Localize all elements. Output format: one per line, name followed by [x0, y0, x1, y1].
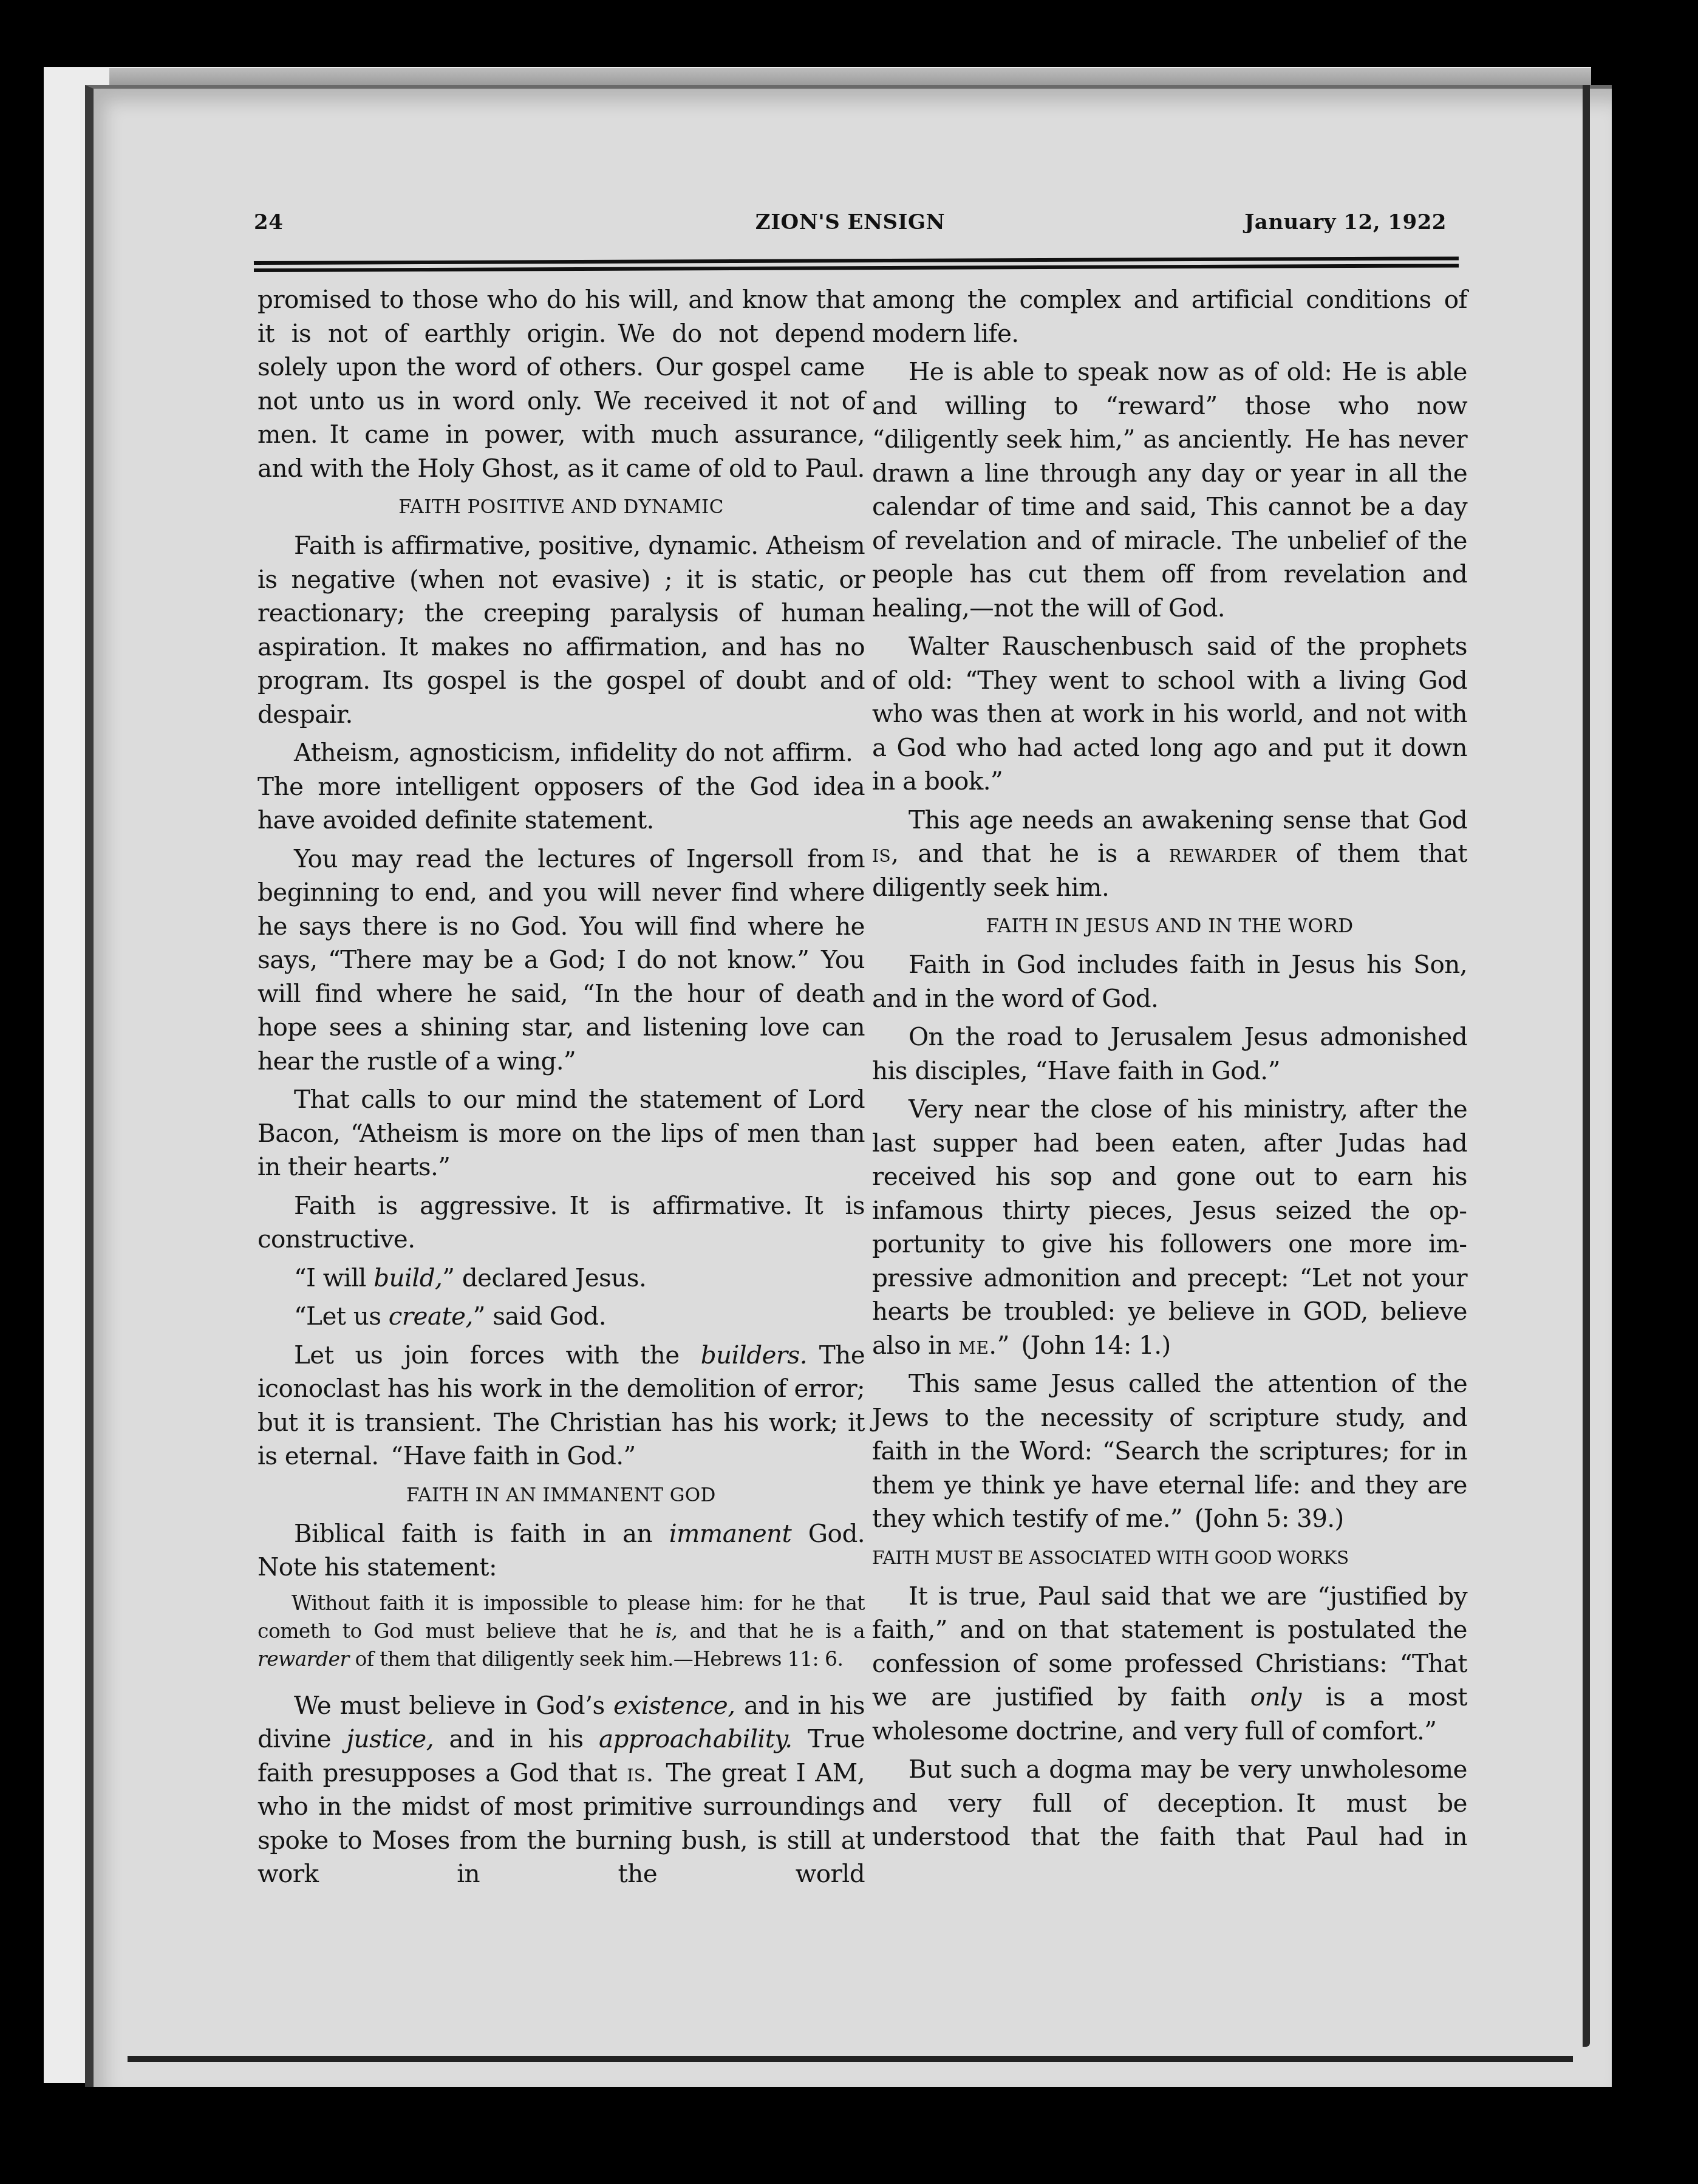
paragraph: promised to those who do his will, and k…: [257, 283, 865, 485]
text-run: But such a dogma may be very unwhole­som…: [872, 1755, 1467, 1851]
text-run: of them that diligently seek him.—Hebrew…: [349, 1647, 844, 1671]
paragraph: Faith is aggressive. It is affirmative. …: [257, 1189, 865, 1257]
paragraph: You may read the lectures of Ingersoll f…: [257, 842, 865, 1079]
paragraph: “I will build,” declared Jesus.: [257, 1261, 865, 1295]
section-heading: FAITH IN JESUS AND IN THE WORD: [872, 913, 1467, 940]
paragraph: That calls to our mind the statement of …: [257, 1083, 865, 1184]
text-run: promised to those who do his will, and k…: [257, 285, 865, 483]
paragraph: It is true, Paul said that we are “justi…: [872, 1580, 1467, 1749]
paragraph: Very near the close of his ministry, aft…: [872, 1093, 1467, 1362]
small-caps-text: IS.: [627, 1758, 654, 1787]
page-right-edge: [1583, 85, 1590, 2047]
paragraph: “Let us create,” said God.: [257, 1300, 865, 1334]
italic-text: justice,: [347, 1724, 434, 1753]
text-run: among the complex and artificial conditi…: [872, 285, 1467, 348]
paragraph: We must believe in God’s existence, and …: [257, 1689, 865, 1891]
text-run: This age needs an awakening sense that G…: [909, 805, 1467, 834]
small-caps-text: IS,: [872, 839, 899, 868]
running-header: 24 ZION'S ENSIGN January 12, 1922: [254, 210, 1447, 247]
section-heading: FAITH POSITIVE AND DYNAMIC: [257, 494, 865, 520]
text-run: ” said God.: [473, 1302, 606, 1331]
italic-text: existence,: [613, 1691, 735, 1720]
scripture-quote: Without faith it is impossible to please…: [257, 1589, 865, 1673]
paragraph: Biblical faith is faith in an immanent G…: [257, 1517, 865, 1585]
paragraph: among the complex and artificial conditi…: [872, 283, 1467, 350]
text-run: “Let us: [294, 1302, 389, 1331]
italic-text: rewarder: [257, 1647, 349, 1671]
text-run: and in his: [434, 1724, 599, 1753]
paragraph: Let us join forces with the builders. Th…: [257, 1339, 865, 1473]
text-run: Atheism, agnosticism, infidelity do not …: [257, 738, 865, 834]
text-run: “I will: [294, 1263, 373, 1292]
text-run: We must believe in God’s: [294, 1691, 613, 1720]
paragraph: Atheism, agnosticism, infidelity do not …: [257, 736, 865, 838]
text-run: Faith is aggressive. It is affirmative. …: [257, 1191, 865, 1254]
text-run: Very near the close of his ministry, aft…: [872, 1094, 1467, 1360]
text-run: He is able to speak now as of old: He is…: [872, 357, 1467, 623]
paragraph: Faith is affirmative, positive, dynamic.…: [257, 529, 865, 731]
italic-text: create,: [389, 1302, 473, 1331]
paragraph: Walter Rauschenbusch said of the prophet…: [872, 630, 1467, 799]
text-run: and that he is a: [899, 839, 1169, 868]
section-heading: FAITH IN AN IMMANENT GOD: [257, 1482, 865, 1509]
paragraph: He is able to speak now as of old: He is…: [872, 355, 1467, 625]
publication-title: ZION'S ENSIGN: [755, 210, 945, 234]
paragraph: But such a dogma may be very unwhole­som…: [872, 1753, 1467, 1854]
italic-text: is,: [655, 1619, 677, 1643]
italic-text: builders.: [701, 1340, 807, 1370]
text-run: Faith is affirmative, positive, dynamic.…: [257, 531, 865, 729]
italic-text: only: [1250, 1682, 1301, 1711]
paragraph: On the road to Jerusalem Jesus admon­ish…: [872, 1020, 1467, 1088]
text-run: ” declared Jesus.: [442, 1263, 646, 1292]
text-run: ” (John 14: 1.): [997, 1331, 1171, 1360]
issue-date: January 12, 1922: [1244, 210, 1447, 234]
small-caps-text: REWARDER: [1169, 839, 1277, 868]
text-run: Let us join forces with the: [294, 1340, 701, 1370]
text-run: Faith in God includes faith in Jesus his…: [872, 950, 1467, 1013]
text-run: You may read the lectures of Ingersoll f…: [257, 844, 865, 1076]
paragraph: Faith in God includes faith in Jesus his…: [872, 948, 1467, 1015]
text-run: Walter Rauschenbusch said of the prophet…: [872, 632, 1467, 796]
italic-text: immanent: [669, 1519, 792, 1548]
text-run: This same Jesus called the attention of …: [872, 1369, 1467, 1533]
text-run: Biblical faith is faith in an: [294, 1519, 669, 1548]
italic-text: build,: [373, 1263, 442, 1292]
paragraph: This same Jesus called the attention of …: [872, 1367, 1467, 1536]
page-number: 24: [254, 210, 283, 234]
small-caps-text: ME.: [958, 1331, 997, 1360]
page-bottom-edge: [128, 2056, 1573, 2062]
text-run: That calls to our mind the statement of …: [257, 1085, 865, 1181]
article-column-right: among the complex and artificial conditi…: [872, 283, 1467, 1859]
paragraph: This age needs an awakening sense that G…: [872, 804, 1467, 905]
section-heading: FAITH MUST BE ASSOCIATED WITH GOOD WORKS: [872, 1544, 1467, 1571]
text-run: On the road to Jerusalem Jesus admon­ish…: [872, 1022, 1467, 1085]
article-column-left: promised to those who do his will, and k…: [257, 283, 865, 1896]
page-top-edge: [109, 68, 1591, 86]
text-run: and that he is a: [678, 1619, 865, 1643]
italic-text: approachability.: [599, 1724, 793, 1753]
